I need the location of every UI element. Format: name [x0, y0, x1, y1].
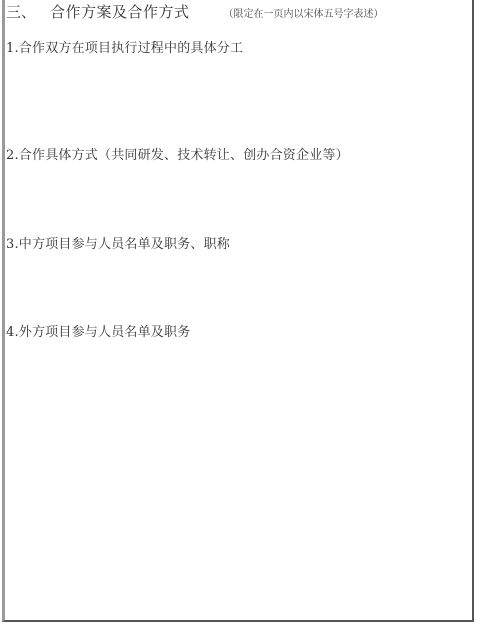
item-cooperation-method: 2.合作具体方式（共同研发、技术转让、创办合资企业等）	[6, 144, 349, 163]
item-foreign-personnel: 4.外方项目参与人员名单及职务	[6, 321, 190, 340]
item-division-of-work: 1.合作双方在项目执行过程中的具体分工	[6, 37, 243, 56]
answer-area-foreign-personnel[interactable]	[6, 344, 471, 614]
item-chinese-personnel: 3.中方项目参与人员名单及职务、职称	[6, 233, 230, 252]
answer-area-cooperation-method[interactable]	[6, 167, 471, 229]
section-number: 三、	[6, 1, 36, 22]
answer-area-division-of-work[interactable]	[6, 60, 471, 140]
answer-area-chinese-personnel[interactable]	[6, 256, 471, 316]
section-header: 三、 合作方案及合作方式 （限定在一页内以宋体五号字表述）	[6, 1, 384, 22]
section-note: （限定在一页内以宋体五号字表述）	[224, 5, 384, 20]
section-title: 合作方案及合作方式	[50, 1, 190, 22]
